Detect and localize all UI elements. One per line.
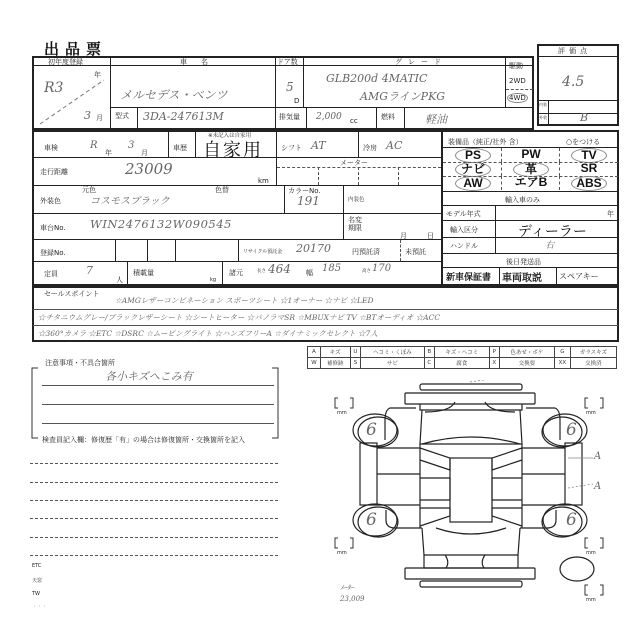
equipment-label: 装備品（純正/社外 含） (448, 137, 523, 147)
grade-line1: GLB200d 4MATIC (326, 72, 427, 85)
model-year-label: モデル年式 (446, 209, 481, 219)
tire-depth-fl: 6 (366, 420, 377, 440)
bottom-label-sunroof: 天窓 (32, 577, 42, 584)
shift-label: シフト (281, 143, 302, 153)
inspection-year: R (90, 140, 98, 151)
length-label: 長さ (257, 268, 266, 274)
sales-point-line-1: ☆AMGレザーコンビネーション スポーツシート ☆1オーナー ☆ナビ ☆LED (115, 295, 374, 306)
legend-text: キズ (320, 347, 350, 358)
dimensions-label: 諸元 (229, 268, 243, 278)
car-name-label: 車名 (180, 57, 222, 67)
usage-label: 車歴 (173, 143, 187, 153)
grade-label: グレード (395, 57, 447, 67)
import-label: 輸入車のみ (505, 195, 540, 205)
sales-points-label: セールスポイント (44, 289, 99, 299)
legend-text: 交換要 (499, 358, 554, 369)
recycle-paid-label: 円預託済 (352, 247, 380, 257)
drive-2wd: 2WD (509, 77, 526, 85)
legend-code: A (308, 347, 321, 358)
usage-value: 自家用 (203, 136, 263, 162)
inspector-note: 検査員記入欄：修復歴「有」の場合は修復箇所・交換箇所を記入 (42, 435, 245, 445)
legend-code: B (424, 347, 434, 358)
trim-color-label: 内装色 (348, 195, 365, 203)
tire-depth-fr: 6 (566, 420, 577, 440)
legend-code: G (554, 347, 570, 358)
drive-label: 駆動 (509, 61, 523, 71)
legend-text: 交換済 (570, 358, 616, 369)
score-interior-value: B (580, 111, 588, 124)
chassis-no-label: 車台No. (40, 223, 66, 233)
inspection-month: 3 (128, 140, 134, 151)
equipment-item: ナビ (455, 162, 491, 177)
legend-code: S (350, 358, 361, 369)
exterior-color-label: 外装色 (40, 196, 61, 206)
load-label: 積載量 (133, 268, 154, 278)
height-value: 170 (372, 263, 391, 274)
equipment-grid: PSPWTVナビ革SRAWエアBABS (443, 148, 618, 190)
legend-text: ガラスキズ (570, 347, 616, 358)
tire-unit-spare: mm (586, 597, 596, 603)
legend-text: 色あせ・ボケ (499, 347, 554, 358)
later-item-manual: 車両取説 (502, 269, 542, 284)
later-items-label: 後日発送品 (506, 257, 541, 267)
mileage-value: 23009 (125, 160, 173, 178)
fuel-label: 燃料 (381, 112, 395, 122)
shift-value: AT (311, 139, 326, 152)
inspection-label: 車検 (44, 143, 58, 153)
bottom-label-etc: ETC (32, 563, 41, 569)
equipment-item: エアB (513, 176, 549, 189)
recycle-unpaid-label: 未預託 (405, 247, 426, 257)
legend-code: U (350, 347, 361, 358)
equipment-item: AW (455, 176, 491, 191)
width-value: 185 (322, 263, 341, 274)
slash-mark (38, 78, 108, 126)
capacity-value: 7 (86, 264, 93, 277)
doors-label: ドア数 (277, 57, 298, 67)
later-item-warranty: 新車保証書 (446, 270, 491, 283)
tire-unit-rr: mm (586, 550, 596, 556)
tire-depth-rr: 6 (566, 510, 577, 530)
exterior-color-value: コスモスブラック (90, 192, 170, 207)
length-value: 464 (268, 262, 291, 276)
doors-value: 5 (286, 80, 294, 94)
first-registration-label: 初年度登録 (48, 57, 83, 67)
import-type-label: 輸入区分 (450, 225, 478, 235)
equipment-item: SR (571, 162, 607, 175)
tire-unit-rl: mm (337, 550, 347, 556)
handle-label: ハンドル (450, 241, 478, 251)
equipment-item: PS (455, 148, 491, 163)
displacement-label: 排気量 (279, 112, 300, 122)
fuel-value: 軽油 (425, 111, 447, 127)
odometer-note-value: 23,009 (340, 595, 365, 603)
score-label: 評価点 (558, 46, 591, 56)
handle-value: 右 (545, 238, 554, 251)
sales-point-line-3: ☆360°カメラ ☆ETC ☆DSRC ☆ムービングライト ☆ハンズフリーA ☆… (38, 328, 378, 339)
legend-text: サビ (361, 358, 424, 369)
drive-4wd: 4WD (507, 93, 528, 103)
score-value: 4.5 (562, 74, 584, 90)
legend-code: C (424, 358, 434, 369)
tire-depth-rl: 6 (366, 510, 377, 530)
displacement-unit: cc (350, 117, 358, 125)
legend-code: XX (554, 358, 570, 369)
damage-mark-1: A (594, 451, 601, 462)
legend-text: 補修跡 (320, 358, 350, 369)
score-interior-label: 内装 (539, 102, 547, 108)
car-diagram (310, 380, 620, 630)
load-unit: kg (210, 277, 216, 283)
equipment-hint: ○をつける (566, 137, 600, 147)
color-change-label: 色替 (215, 185, 229, 195)
legend-code: X (489, 358, 499, 369)
legend-code: P (489, 347, 499, 358)
capacity-label: 定員 (44, 269, 58, 279)
later-item-spare-key: スペアキー (559, 271, 599, 282)
bottom-label-other: ・・・ (32, 603, 47, 610)
legend-text: ヘコミ・くぼみ (361, 347, 424, 358)
legend-text: キズ・ヘコミ (434, 347, 489, 358)
legend-code: W (308, 358, 321, 369)
ac-label: 冷房 (363, 143, 377, 153)
mileage-unit: km (258, 177, 269, 185)
model-code-label: 型式 (115, 111, 129, 121)
score-exterior-label: 外装 (539, 115, 547, 121)
legend-text: 腐食 (434, 358, 489, 369)
grade-line2: AMGラインPKG (360, 88, 445, 104)
sales-point-line-2: ☆チタニウムグレー/ブラックレザーシート ☆シートヒーター ☆パノラマSR ☆M… (38, 312, 440, 323)
bottom-label-tw: TW (32, 591, 40, 597)
damage-legend: AキズUヘコミ・くぼみBキズ・ヘコミP色あせ・ボケGガラスキズW補修跡SサビC腐… (307, 346, 617, 369)
tire-unit-fr: mm (586, 410, 596, 416)
damage-mark-2: A (594, 481, 601, 492)
width-label: 幅 (306, 268, 313, 278)
equipment-item: ABS (571, 176, 607, 191)
chassis-no-value: WIN2476132W090545 (90, 217, 232, 231)
capacity-unit: 人 (116, 275, 123, 285)
model-year-unit: 年 (607, 209, 614, 219)
tire-unit-fl: mm (337, 410, 347, 416)
ac-value: AC (386, 139, 402, 152)
odometer-note-label: ﾒｰﾀｰ (340, 583, 354, 593)
recycle-label: リサイクル預託金 (243, 248, 282, 255)
model-code-value: 3DA-247613M (143, 110, 224, 123)
equipment-item: PW (513, 148, 549, 161)
color-no-value: 191 (297, 194, 320, 208)
car-name-value: メルセデス・ベンツ (120, 86, 228, 103)
height-label: 高さ (362, 268, 371, 274)
displacement-value: 2,000 (316, 112, 342, 122)
name-change-label: 名変期限 (348, 216, 368, 232)
doors-suffix: D (294, 97, 299, 105)
mileage-label: 走行距離 (40, 167, 68, 177)
recycle-value: 20170 (296, 242, 331, 255)
notes-value: 各小キズへこみ有 (105, 368, 193, 384)
registration-no-label: 登録No. (40, 248, 66, 258)
